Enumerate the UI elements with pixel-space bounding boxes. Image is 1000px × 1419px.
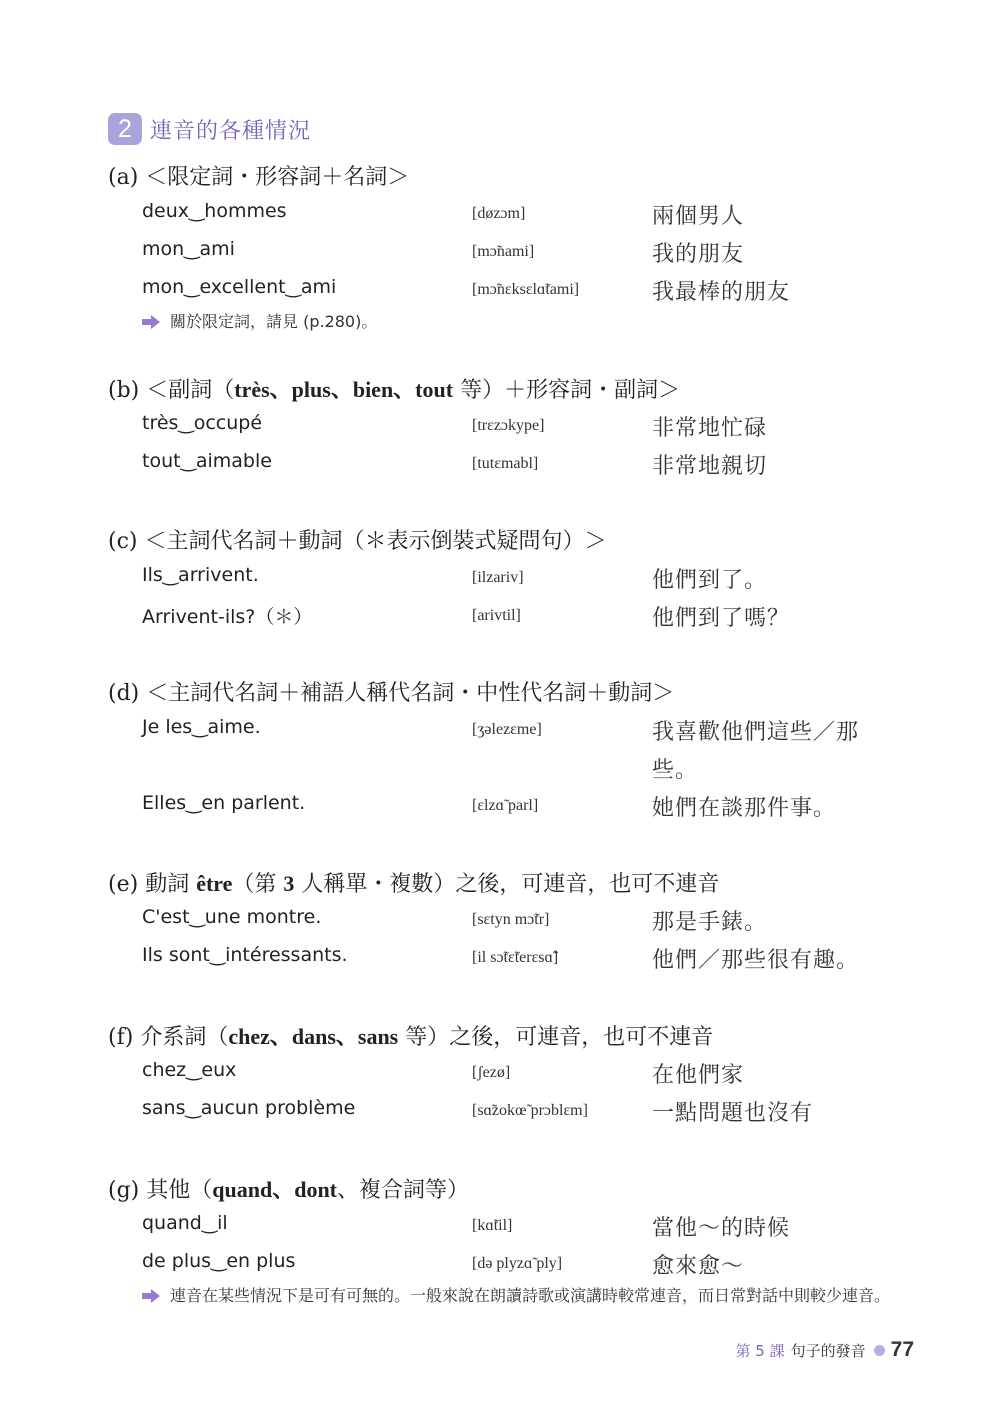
group-g: (g) 其他（quand、dont、複合詞等） quand‿il [kɑ̃til… — [108, 1172, 908, 1308]
section-number-badge: 2 — [108, 113, 142, 145]
french-phrase: tout‿aimable — [142, 450, 272, 472]
note: 關於限定詞，請見 (p.280)。 — [108, 310, 900, 334]
french-phrase: Je les‿aime. — [142, 716, 261, 738]
section-header: 2 連音的各種情況 — [108, 112, 311, 146]
chinese-translation: 非常地親切 — [652, 448, 902, 486]
chinese-translation: 兩個男人 — [652, 198, 902, 236]
ipa-transcription: [mɔ̃nami] — [472, 243, 534, 261]
ipa-transcription: [sɛtyn mɔ̃tr] — [472, 911, 549, 929]
chinese-translation: 在他們家 — [652, 1057, 902, 1095]
chinese-translation: 愈來愈～ — [652, 1248, 902, 1286]
example-row: Arrivent-ils?（＊） [arivtil] 他們到了嗎？ — [108, 598, 908, 636]
section-title: 連音的各種情況 — [150, 114, 311, 145]
example-row: chez‿eux [ʃezø] 在他們家 — [108, 1055, 908, 1093]
page-footer: 第 5 課 句子的發音 77 — [736, 1338, 914, 1362]
page-number: 77 — [891, 1338, 914, 1362]
ipa-transcription: [kɑ̃til] — [472, 1217, 512, 1235]
arrow-right-icon — [142, 315, 160, 329]
french-phrase: très‿occupé — [142, 412, 262, 434]
ipa-transcription: [sɑ̃zokœ̃ prɔblɛm] — [472, 1102, 588, 1120]
french-phrase: mon‿excellent‿ami — [142, 276, 336, 298]
group-a: (a) ＜限定詞・形容詞＋名詞＞ deux‿hommes [døzɔm] 兩個男… — [108, 160, 908, 334]
french-phrase: sans‿aucun problème — [142, 1097, 355, 1119]
example-row: deux‿hommes [døzɔm] 兩個男人 — [108, 196, 908, 234]
example-row: Je les‿aime. [ʒəlezɛme] 我喜歡他們這些／那些。 — [108, 712, 908, 788]
french-phrase: Arrivent-ils?（＊） — [142, 602, 312, 629]
french-phrase: de plus‿en plus — [142, 1250, 295, 1272]
ipa-transcription: [mɔ̃nɛksɛlɑ̃tami] — [472, 281, 579, 299]
example-row: sans‿aucun problème [sɑ̃zokœ̃ prɔblɛm] 一… — [108, 1093, 908, 1131]
group-b: (b) ＜副詞（très、plus、bien、tout 等）＋形容詞・副詞＞ t… — [108, 372, 908, 484]
ipa-transcription: [də plyzɑ̃ ply] — [472, 1255, 562, 1273]
french-phrase: C'est‿une montre. — [142, 906, 321, 928]
example-row: Elles‿en parlent. [ɛlzɑ̃ parl] 她們在談那件事。 — [108, 788, 908, 826]
group-title: (f) 介系詞（chez、dans、sans 等）之後，可連音，也可不連音 — [108, 1019, 908, 1055]
ipa-transcription: [tutɛmabl] — [472, 455, 538, 473]
french-phrase: deux‿hommes — [142, 200, 287, 222]
chinese-translation: 我最棒的朋友 — [652, 274, 902, 312]
example-row: très‿occupé [trɛzɔkype] 非常地忙碌 — [108, 408, 908, 446]
chinese-translation: 非常地忙碌 — [652, 410, 902, 448]
ipa-transcription: [ilzariv] — [472, 569, 524, 587]
chinese-translation: 他們到了嗎？ — [652, 600, 902, 638]
chinese-translation: 他們／那些很有趣。 — [652, 942, 902, 980]
group-title: (c) ＜主詞代名詞＋動詞（＊表示倒裝式疑問句）＞ — [108, 524, 908, 560]
group-c: (c) ＜主詞代名詞＋動詞（＊表示倒裝式疑問句）＞ Ils‿arrivent. … — [108, 524, 908, 636]
example-row: de plus‿en plus [də plyzɑ̃ ply] 愈來愈～ — [108, 1246, 908, 1284]
lesson-label: 第 5 課 — [736, 1340, 785, 1361]
group-title: (b) ＜副詞（très、plus、bien、tout 等）＋形容詞・副詞＞ — [108, 372, 908, 408]
chinese-translation: 我喜歡他們這些／那些。 — [652, 714, 902, 790]
note: 連音在某些情況下是可有可無的。一般來說在朗讀詩歌或演講時較常連音，而日常對話中則… — [108, 1284, 900, 1308]
french-phrase: quand‿il — [142, 1212, 228, 1234]
french-phrase: mon‿ami — [142, 238, 235, 260]
example-row: quand‿il [kɑ̃til] 當他～的時候 — [108, 1208, 908, 1246]
example-row: C'est‿une montre. [sɛtyn mɔ̃tr] 那是手錶。 — [108, 902, 908, 940]
group-title: (e) 動詞 être（第 3 人稱單・複數）之後，可連音，也可不連音 — [108, 866, 908, 902]
ipa-transcription: [il sɔ̃tɛ̃terɛsɑ̃] — [472, 949, 558, 967]
group-title: (a) ＜限定詞・形容詞＋名詞＞ — [108, 160, 908, 196]
example-row: Ils sont‿intéressants. [il sɔ̃tɛ̃terɛsɑ̃… — [108, 940, 908, 978]
chapter-title: 句子的發音 — [791, 1340, 866, 1361]
example-row: tout‿aimable [tutɛmabl] 非常地親切 — [108, 446, 908, 484]
group-title: (g) 其他（quand、dont、複合詞等） — [108, 1172, 908, 1208]
group-title: (d) ＜主詞代名詞＋補語人稱代名詞・中性代名詞＋動詞＞ — [108, 676, 908, 712]
group-d: (d) ＜主詞代名詞＋補語人稱代名詞・中性代名詞＋動詞＞ Je les‿aime… — [108, 676, 908, 826]
example-row: Ils‿arrivent. [ilzariv] 他們到了。 — [108, 560, 908, 598]
ipa-transcription: [døzɔm] — [472, 205, 525, 223]
ipa-transcription: [arivtil] — [472, 607, 521, 625]
group-f: (f) 介系詞（chez、dans、sans 等）之後，可連音，也可不連音 ch… — [108, 1019, 908, 1131]
ipa-transcription: [ʒəlezɛme] — [472, 721, 542, 739]
chinese-translation: 當他～的時候 — [652, 1210, 902, 1248]
chinese-translation: 我的朋友 — [652, 236, 902, 274]
ipa-transcription: [trɛzɔkype] — [472, 417, 544, 435]
chinese-translation: 他們到了。 — [652, 562, 902, 600]
french-phrase: chez‿eux — [142, 1059, 236, 1081]
example-row: mon‿ami [mɔ̃nami] 我的朋友 — [108, 234, 908, 272]
french-phrase: Ils sont‿intéressants. — [142, 944, 348, 966]
dot-icon — [874, 1345, 885, 1356]
arrow-right-icon — [142, 1289, 160, 1303]
ipa-transcription: [ɛlzɑ̃ parl] — [472, 797, 538, 815]
ipa-transcription: [ʃezø] — [472, 1064, 510, 1082]
french-phrase: Ils‿arrivent. — [142, 564, 259, 586]
group-e: (e) 動詞 être（第 3 人稱單・複數）之後，可連音，也可不連音 C'es… — [108, 866, 908, 978]
chinese-translation: 那是手錶。 — [652, 904, 902, 942]
example-row: mon‿excellent‿ami [mɔ̃nɛksɛlɑ̃tami] 我最棒的… — [108, 272, 908, 310]
french-phrase: Elles‿en parlent. — [142, 792, 305, 814]
chinese-translation: 她們在談那件事。 — [652, 790, 902, 828]
chinese-translation: 一點問題也沒有 — [652, 1095, 902, 1133]
